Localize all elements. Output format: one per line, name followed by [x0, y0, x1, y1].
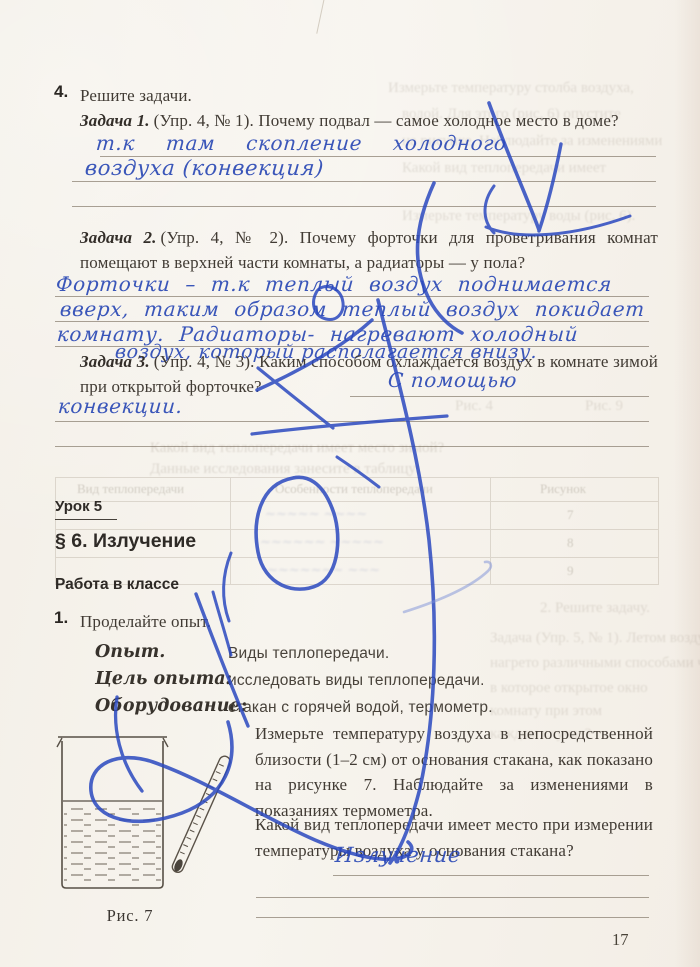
bleedthrough-line: Измерьте температуру столба воздуха,	[388, 80, 634, 97]
task3-text: (Упр. 4, № 3). Каким способом охлаждаетс…	[80, 352, 658, 396]
bleed-table-scrawl: ∼∼∼∼∼ ∼∼∼∼	[265, 507, 367, 522]
task1-label: Задача 1.	[80, 111, 150, 130]
bleed-table-header: Рисунок	[540, 481, 586, 497]
paper-crease	[316, 0, 324, 34]
bleedthrough-line: в которое открытое окно	[490, 680, 648, 697]
task1-paragraph: Задача 1.(Упр. 4, № 1). Почему подвал — …	[80, 108, 658, 133]
bleed-table-header: Вид теплопередачи	[77, 481, 184, 497]
experiment-goal-value: исследовать виды теплопередачи.	[228, 672, 485, 690]
bleedthrough-line: Измерьте температуру воды (рис. 6).	[402, 208, 635, 225]
beaker-rim-lip	[57, 738, 168, 747]
task3-label: Задача 3.	[80, 352, 150, 371]
answer-line	[350, 396, 649, 397]
bleed-table-scrawl: ∼∼∼∼∼∼ ∼∼∼∼∼	[260, 535, 384, 550]
experiment-value: Виды теплопередачи.	[228, 645, 389, 663]
experiment-equipment-value: стакан с горячей водой, термометр.	[228, 699, 493, 717]
handwritten-answer-2b: вверх, таким образом теплый воздух покид…	[59, 297, 646, 321]
handwritten-answer-3b: конвекции.	[57, 394, 183, 418]
handwritten-answer-3a: С помощью	[387, 368, 518, 392]
bleed-table-num: 7	[567, 507, 574, 523]
task2-label: Задача 2.	[80, 228, 157, 247]
task2-paragraph: Задача 2.(Упр. 4, № 2). Почему форточки …	[80, 225, 658, 275]
bleedthrough-fig-label: Рис. 4	[455, 398, 493, 415]
classwork-heading: Работа в классе	[55, 576, 179, 594]
page-edge-shadow	[674, 0, 700, 967]
section-title: Решите задачи.	[80, 83, 192, 108]
lesson-label: Урок 5	[55, 498, 117, 520]
paragraph-title: § 6. Излучение	[55, 530, 196, 553]
handwritten-answer-4: Излучение	[334, 843, 462, 867]
bleedthrough-line: Какой вид теплопередачи имеет место зимо…	[150, 440, 444, 457]
bleedthrough-line: 2. Решите задачу.	[540, 600, 650, 617]
answer-line	[256, 897, 649, 898]
bleed-table-scrawl: ∼∼∼∼∼∼∼ ∼∼∼	[267, 563, 380, 578]
section-number: 4.	[54, 82, 68, 102]
answer-line	[256, 917, 649, 918]
answer-line	[72, 181, 656, 182]
measure-instructions: Измерьте температуру воздуха в непосредс…	[255, 721, 653, 823]
task1-text: (Упр. 4, № 1). Почему подвал — самое хол…	[154, 111, 619, 130]
experiment-label: Опыт.	[95, 642, 165, 662]
pen-stroke	[252, 416, 447, 434]
figure-beaker-thermometer	[45, 728, 250, 898]
figure-caption: Рис. 7	[90, 906, 170, 926]
bleed-table-num: 8	[567, 535, 574, 551]
workbook-page: Измерьте температуру столба воздуха, вод…	[0, 0, 700, 967]
thermometer	[171, 754, 232, 874]
page-number: 17	[612, 930, 629, 950]
experiment-equipment-label: Оборудование:	[95, 696, 247, 716]
handwritten-answer-1a: т.к там скопление холодного	[95, 131, 507, 155]
task3-paragraph: Задача 3.(Упр. 4, № 3). Каким способом о…	[80, 349, 658, 399]
bleedthrough-line: Данные исследования занесите в таблицу:	[150, 461, 420, 478]
bleedthrough-line: Задача (Упр. 5, № 1). Летом воздух в зда…	[490, 630, 700, 647]
answer-line	[72, 206, 656, 207]
handwritten-answer-1b: воздуха (конвекция)	[84, 156, 325, 180]
exercise-number: 1.	[54, 608, 68, 628]
bleedthrough-line: Какой вид теплопередачи имеет	[402, 160, 606, 177]
bleedthrough-line: нагрето различными способами через	[490, 655, 700, 672]
bleedthrough-fig-label: Рис. 9	[585, 398, 623, 415]
answer-line	[55, 421, 649, 422]
bleed-table-num: 9	[567, 563, 574, 579]
bleed-table-header: Особенности теплопередачи	[275, 481, 433, 497]
task2-text: (Упр. 4, № 2). Почему форточки для прове…	[80, 228, 658, 272]
experiment-goal-label: Цель опыта:	[95, 669, 232, 689]
bleedthrough-line: комнату при этом	[490, 703, 602, 720]
answer-line	[333, 875, 649, 876]
handwritten-answer-2a: Форточки – т.к теплый воздух поднимается	[55, 272, 613, 296]
water-hatching	[64, 804, 161, 884]
exercise-title: Проделайте опыт.	[80, 609, 211, 634]
